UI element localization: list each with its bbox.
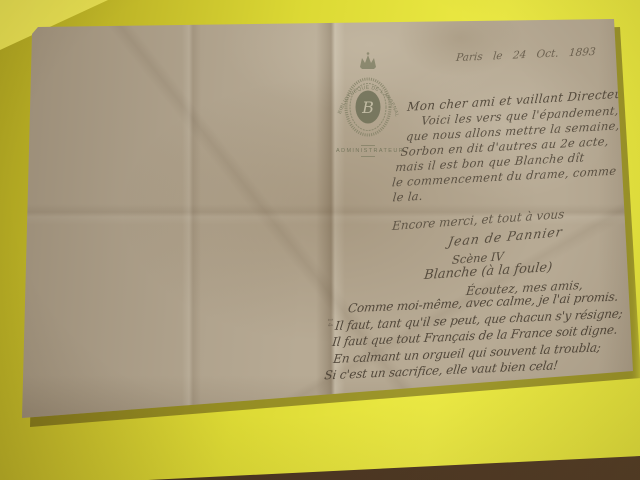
ornament-rule — [361, 156, 375, 157]
administrateur-label: ADMINISTRATEUR — [336, 143, 400, 159]
crown-icon — [360, 55, 376, 69]
letterhead-stamp: B BIBLIOTHÈQUE DE L'ARSENAL — [334, 50, 402, 150]
crown-orb — [367, 52, 370, 55]
photo-of-letter: B BIBLIOTHÈQUE DE L'ARSENAL ADMINISTRATE… — [0, 0, 640, 480]
letter-body: Voici les vers que l'épandement, que nou… — [390, 103, 622, 205]
ornament-rule — [361, 145, 375, 146]
stamp-monogram: B — [361, 98, 374, 117]
dateline: Paris le 24 Oct. 1893 — [455, 46, 596, 64]
margin-note: 14 — [326, 318, 333, 328]
verse-block: Comme moi-même, avec calme, je l'ai prom… — [323, 288, 626, 384]
